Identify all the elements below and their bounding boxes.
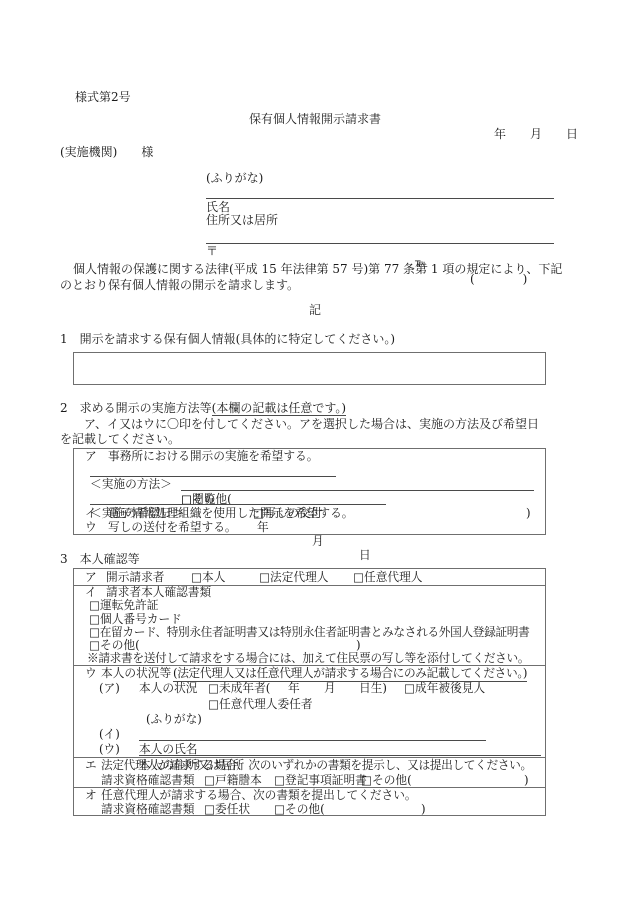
checkbox-legal-rep[interactable]: □法定代理人 [259,569,328,585]
voluntary-rep-instruction-row: オ 任意代理人が請求する場合、次の書類を提出してください。 [74,788,545,802]
address-field[interactable]: 〒 ℡ ( ) [206,228,554,244]
legal-rep-section: エ 法定代理人が請求する場合、次のいずれかの書類を提示し、又は提出してください。… [74,757,545,787]
identity-doc-row: □運転免許証 [74,599,545,612]
sub-a-label: (ア) [99,681,120,696]
method-row-i: イ 電子情報処理組織を使用した開示を希望する。 [74,506,545,520]
principal-status-title: 本人の状況等 [101,666,171,681]
principal-address-row: (ウ) 本人の住所又は居所 [74,742,545,757]
desired-date-field[interactable]: ＜実施の希望日＞ 年 月 日 [90,492,386,506]
checkbox-adult-ward[interactable]: □成年被後見人 [404,681,485,696]
checkbox-voluntary-delegator[interactable]: □任意代理人委任者 [208,697,313,712]
principal-status-note: (法定代理人又は任意代理人が請求する場合にのみ記載してください。) [173,666,527,682]
section1-heading: 1 開示を請求する保有個人情報(具体的に特定してください。) [60,331,395,347]
address-label: 住所又は居所 [206,212,278,228]
identity-doc-row: □在留カード、特別永住者証明書又は特別永住者証明書とみなされる外国人登録証明書 [74,626,545,639]
method-other-field[interactable]: □その他( ) [181,477,534,491]
requester-section: ア 開示請求者 □本人 □法定代理人 □任意代理人 [74,569,545,585]
voluntary-rep-docs-row: 請求資格確認書類 □委任状 □その他( ) [74,802,545,816]
postal-mark: 〒 [206,242,218,259]
section2-note-line2: を記載してください。 [60,431,180,447]
row-u-text: 写しの送付を希望する。 [108,520,237,534]
section2-heading-note: (本欄の記載は任意です。) [212,401,346,416]
name-field[interactable]: 氏名 [206,184,554,199]
principal-name-field[interactable]: 本人の氏名 [139,727,486,741]
voluntary-docs-label: 請求資格確認書類 [101,802,195,816]
principal-address-field[interactable]: 本人の住所又は居所 [139,742,541,756]
principal-status-title-row: ウ 本人の状況等 (法定代理人又は任意代理人が請求する場合にのみ記載してください… [74,666,545,681]
id-other-close-paren: ) [356,639,361,652]
legal-rep-instruction: 法定代理人が請求する場合、次のいずれかの書類を提示し、又は提出してください。 [101,758,532,773]
principal-condition-row: (ア) 本人の状況 □未成年者( 年 月 日生) □成年被後見人 [74,681,545,696]
mail-request-note: ※請求書を送付して請求をする場合には、加えて住民票の写し等を添付してください。 [87,652,529,665]
checkbox-voluntary-rep[interactable]: □任意代理人 [353,569,422,585]
sub-u-label: (ウ) [99,742,120,757]
disclosure-method-table: ア 事務所における開示の実施を希望する。 ＜実施の方法＞ □閲覧 □写しの交付 … [73,448,546,535]
minor-year-label: 年 [288,681,300,696]
minor-month-label: 月 [324,681,336,696]
voluntary-rep-instruction: 任意代理人が請求する場合、次の書類を提出してください。 [101,788,417,802]
legal-rep-docs-row: 請求資格確認書類 □戸籍謄本 □登記事項証明書 □その他( ) [74,773,545,788]
method-options-underline: ＜実施の方法＞ □閲覧 □写しの交付 [90,463,336,477]
form-page: 様式第2号 保有個人情報開示請求書 年 月 日 (実施機関) 様 (ふりがな) … [0,0,630,903]
requester-title: 開示請求者 [106,569,164,585]
checkbox-registry-certificate[interactable]: □登記事項証明書 [274,773,367,788]
identity-doc-title-row: イ 請求者本人確認書類 [74,586,545,599]
ki-mark: 記 [0,302,630,318]
section2-note-line1: ア、イ又はウに〇印を付してください。アを選択した場合は、実施の方法及び希望日 [84,416,539,432]
identity-doc-row: □その他( ) [74,639,545,652]
principal-furigana-label: (ふりがな) [146,712,202,727]
checkbox-self[interactable]: □本人 [191,569,225,585]
requested-info-box[interactable] [73,352,546,385]
intro-line-2: のとおり保有個人情報の開示を請求します。 [60,277,299,293]
method-row-a: ア 事務所における開示の実施を希望する。 [74,449,545,463]
row-u-label: ウ [85,520,97,534]
row-i-label: イ [85,506,97,520]
row-a-label: ア [85,449,97,463]
sec-i-label: イ [85,586,97,599]
principal-condition-label: 本人の状況 [139,681,197,696]
desired-date-row: ＜実施の希望日＞ 年 月 日 [74,492,545,506]
date-line: 年 月 日 [494,126,578,142]
row-a-text: 事務所における開示の実施を希望する。 [108,449,318,463]
identity-doc-note-row: ※請求書を送付して請求をする場合には、加えて住民票の写し等を添付してください。 [74,652,545,665]
checkbox-voluntary-other[interactable]: □その他( [274,802,325,816]
principal-status-section: ウ 本人の状況等 (法定代理人又は任意代理人が請求する場合にのみ記載してください… [74,665,545,757]
minor-day-label: 日生) [359,681,387,696]
identity-documents-section: イ 請求者本人確認書類 □運転免許証 □個人番号カード □在留カード、特別永住者… [74,585,545,665]
section2-heading-prefix: 2 求める開示の実施方法等 [60,401,212,415]
date-month-label: 月 [312,534,324,548]
identity-doc-row: □個人番号カード [74,613,545,626]
method-other-row: □その他( ) [74,477,545,491]
section2-heading: 2 求める開示の実施方法等(本欄の記載は任意です。) [60,400,346,416]
sec-o-label: オ [85,788,97,802]
date-day-label: 日 [359,548,371,562]
checkbox-legal-other[interactable]: □その他( [361,773,412,788]
addressee-line: (実施機関) 様 [60,144,153,160]
intro-line-1: 個人情報の保護に関する法律(平成 15 年法律第 57 号)第 77 条第 1 … [73,261,562,277]
voluntary-rep-section: オ 任意代理人が請求する場合、次の書類を提出してください。 請求資格確認書類 □… [74,787,545,815]
voluntary-delegator-row: □任意代理人委任者 [74,697,545,712]
checkbox-family-register[interactable]: □戸籍謄本 [204,773,262,788]
form-number: 様式第2号 [75,89,131,105]
principal-furigana-row: (ふりがな) [74,712,545,727]
method-row-u: ウ 写しの送付を希望する。 [74,520,545,534]
requester-row: ア 開示請求者 □本人 □法定代理人 □任意代理人 [74,569,545,585]
page-title: 保有個人情報開示請求書 [0,111,630,127]
checkbox-residence-card[interactable]: □在留カード、特別永住者証明書又は特別永住者証明書とみなされる外国人登録証明書 [89,626,529,639]
sec-u-label: ウ [85,666,97,681]
checkbox-minor[interactable]: □未成年者( [208,681,270,696]
principal-name-row: (イ) 本人の氏名 [74,727,545,742]
method-options-row: ＜実施の方法＞ □閲覧 □写しの交付 [74,463,545,477]
legal-docs-label: 請求資格確認書類 [101,773,195,788]
sub-i-label: (イ) [99,727,120,742]
row-i-text: 電子情報処理組織を使用した開示を希望する。 [108,506,353,520]
identity-doc-title: 請求者本人確認書類 [106,586,211,599]
checkbox-id-other[interactable]: □その他( [89,639,140,652]
checkbox-my-number-card[interactable]: □個人番号カード [89,613,182,626]
voluntary-other-close-paren: ) [421,802,426,816]
identity-check-table: ア 開示請求者 □本人 □法定代理人 □任意代理人 イ 請求者本人確認書類 □運… [73,568,546,816]
legal-other-close-paren: ) [524,773,529,788]
checkbox-drivers-license[interactable]: □運転免許証 [89,599,158,612]
legal-rep-instruction-row: エ 法定代理人が請求する場合、次のいずれかの書類を提示し、又は提出してください。 [74,758,545,773]
section3-heading: 3 本人確認等 [60,551,140,567]
sec-e-label: エ [85,758,97,773]
sec-a-label: ア [85,569,97,585]
checkbox-power-of-attorney[interactable]: □委任状 [204,802,250,816]
